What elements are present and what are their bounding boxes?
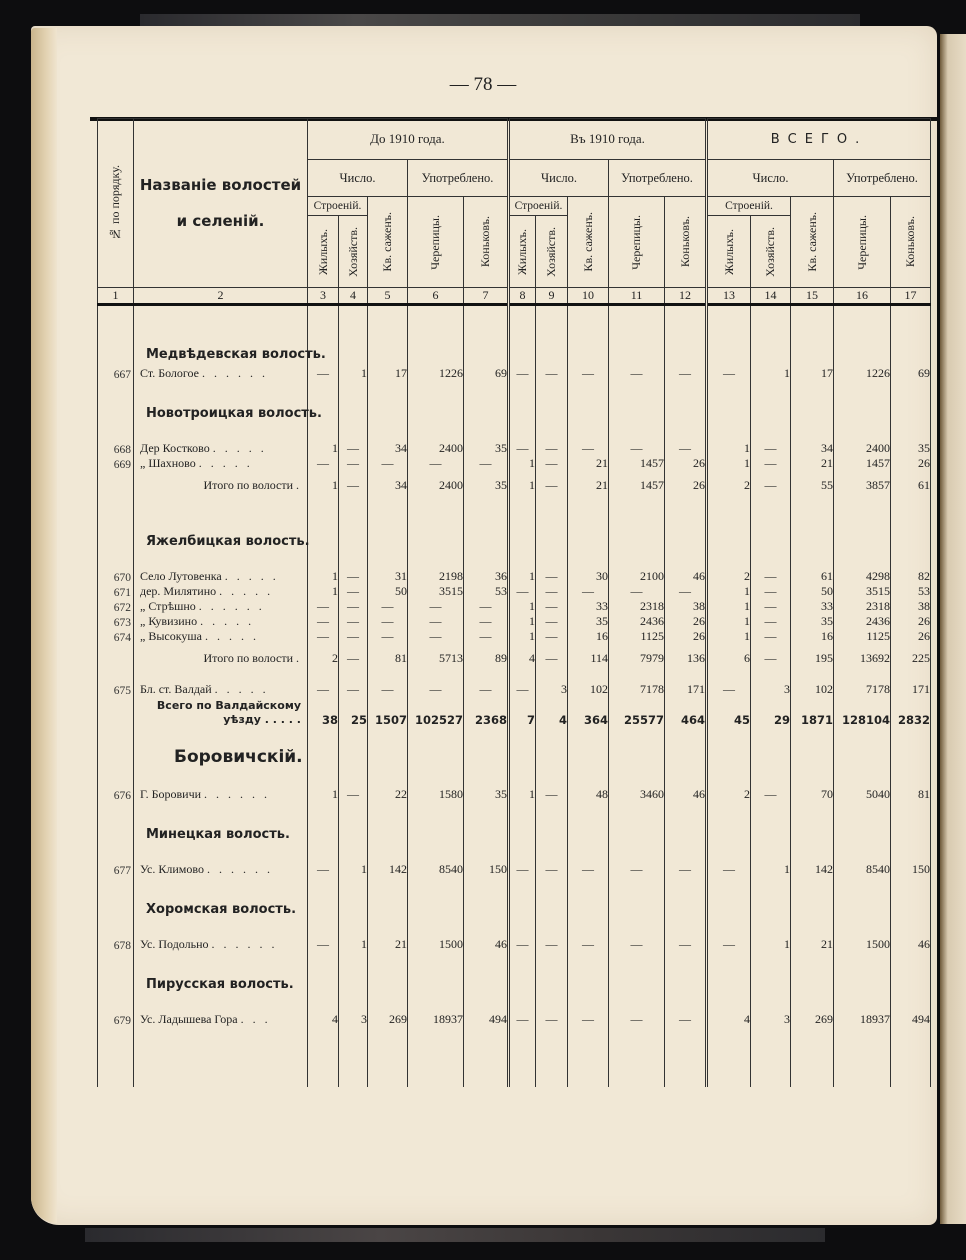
header-group-in-1910: Въ 1910 года. — [509, 119, 707, 160]
row-name: „ Кувизино . . . . . — [134, 614, 308, 629]
empty-cell — [408, 322, 464, 366]
empty-cell — [891, 952, 931, 996]
colnum: 5 — [368, 288, 408, 305]
empty-cell — [509, 493, 536, 509]
value-cell: 1580 — [408, 787, 464, 802]
empty-cell — [536, 921, 568, 937]
table-row: 670Село Лутовенка . . . . .1—312198361—3… — [98, 569, 931, 584]
empty-cell — [509, 802, 536, 846]
spacer-row — [98, 305, 931, 323]
empty-cell — [98, 509, 134, 553]
value-cell: 1 — [308, 787, 339, 802]
value-cell: — — [339, 787, 368, 802]
empty-cell — [308, 666, 339, 682]
value-cell: 53 — [891, 584, 931, 599]
value-cell: 1 — [509, 614, 536, 629]
empty-cell — [751, 381, 791, 425]
value-cell: 2318 — [609, 599, 665, 614]
empty-cell — [665, 322, 707, 366]
empty-cell — [791, 553, 834, 569]
value-cell: 26 — [665, 629, 707, 644]
empty-cell — [134, 996, 308, 1012]
empty-cell — [368, 425, 408, 441]
empty-cell — [568, 802, 609, 846]
empty-cell — [368, 952, 408, 996]
empty-cell — [751, 509, 791, 553]
value-cell: 1 — [308, 441, 339, 456]
section-title: Хоромская волость. — [134, 877, 308, 921]
empty-cell — [568, 509, 609, 553]
subtotal-row: Итого по волости .1—342400351—211457262—… — [98, 471, 931, 493]
spacer-row — [98, 921, 931, 937]
header-zhilykh-label: Жилыхъ. — [722, 229, 737, 275]
value-cell: 1 — [509, 599, 536, 614]
empty-cell — [834, 802, 891, 846]
value-cell: 494 — [891, 1012, 931, 1027]
empty-cell — [98, 425, 134, 441]
empty-cell — [609, 921, 665, 937]
value-cell: 33 — [791, 599, 834, 614]
value-cell: 35 — [464, 441, 509, 456]
value-cell: 2368 — [464, 697, 509, 727]
empty-cell — [791, 996, 834, 1012]
empty-cell — [707, 666, 751, 682]
value-cell: 22 — [368, 787, 408, 802]
empty-cell — [339, 381, 368, 425]
table-row: 676Г. Боровичи . . . . . .1—221580351—48… — [98, 787, 931, 802]
empty-cell — [707, 553, 751, 569]
value-cell: 114 — [568, 644, 609, 666]
value-cell: — — [308, 614, 339, 629]
colnum: 11 — [609, 288, 665, 305]
empty-cell — [509, 553, 536, 569]
row-name-text: Ус. Климово — [140, 862, 204, 876]
empty-cell — [568, 305, 609, 323]
empty-cell — [368, 727, 408, 771]
spacer-row — [98, 771, 931, 787]
colnum: 6 — [408, 288, 464, 305]
value-cell: 102527 — [408, 697, 464, 727]
colnum: 17 — [891, 288, 931, 305]
value-cell: 26 — [891, 629, 931, 644]
empty-cell — [368, 846, 408, 862]
empty-cell — [98, 952, 134, 996]
table-row: 679Ус. Ладышева Гора . . .4326918937494—… — [98, 1012, 931, 1027]
empty-cell — [791, 952, 834, 996]
empty-cell — [834, 877, 891, 921]
value-cell: 46 — [665, 569, 707, 584]
row-name-text: „ Кувизино — [140, 614, 197, 628]
value-cell: 1500 — [834, 937, 891, 952]
table-row: 674„ Высокуша . . . . .—————1—161125261—… — [98, 629, 931, 644]
value-cell: — — [568, 366, 609, 381]
empty-cell — [536, 1027, 568, 1087]
empty-cell — [509, 771, 536, 787]
empty-cell — [98, 771, 134, 787]
spacer-row — [98, 996, 931, 1012]
row-name-text: Г. Боровичи — [140, 787, 201, 801]
value-cell: — — [536, 1012, 568, 1027]
empty-cell — [134, 305, 308, 323]
empty-cell — [891, 727, 931, 771]
row-name: Дер Костково . . . . . — [134, 441, 308, 456]
row-name-text: Ст. Бологое — [140, 366, 199, 380]
value-cell: 142 — [791, 862, 834, 877]
empty-cell — [408, 771, 464, 787]
empty-cell — [568, 381, 609, 425]
row-number: 668 — [98, 441, 134, 456]
value-cell: 269 — [368, 1012, 408, 1027]
empty-cell — [339, 1027, 368, 1087]
row-number: 677 — [98, 862, 134, 877]
empty-cell — [751, 553, 791, 569]
empty-cell — [408, 846, 464, 862]
table-row: 668Дер Костково . . . . .1—34240035—————… — [98, 441, 931, 456]
header-khozyaistv-2: Хозяйств. — [536, 216, 568, 288]
empty-cell — [98, 727, 134, 771]
value-cell: 7178 — [834, 682, 891, 697]
empty-cell — [609, 771, 665, 787]
empty-cell — [791, 877, 834, 921]
value-cell: 2318 — [834, 599, 891, 614]
empty-cell — [408, 493, 464, 509]
value-cell: — — [751, 456, 791, 471]
empty-cell — [464, 802, 509, 846]
empty-cell — [339, 493, 368, 509]
empty-cell — [408, 305, 464, 323]
empty-cell — [98, 305, 134, 323]
value-cell: — — [408, 599, 464, 614]
value-cell: 21 — [568, 456, 609, 471]
value-cell: 4298 — [834, 569, 891, 584]
row-number — [98, 644, 134, 666]
empty-cell — [834, 996, 891, 1012]
row-name: Г. Боровичи . . . . . . — [134, 787, 308, 802]
empty-cell — [834, 322, 891, 366]
row-number — [98, 471, 134, 493]
value-cell: — — [536, 569, 568, 584]
value-cell: — — [368, 629, 408, 644]
value-cell: — — [751, 599, 791, 614]
row-name-text: Ус. Ладышева Гора — [140, 1012, 238, 1026]
header-konkov-label: Коньковъ. — [678, 216, 693, 267]
empty-cell — [751, 921, 791, 937]
empty-cell — [308, 509, 339, 553]
empty-cell — [568, 553, 609, 569]
value-cell: 4 — [707, 1012, 751, 1027]
empty-cell — [834, 509, 891, 553]
value-cell: 1 — [509, 456, 536, 471]
empty-cell — [536, 802, 568, 846]
empty-cell — [665, 553, 707, 569]
header-kv-label: Кв. саженъ. — [581, 212, 596, 272]
row-name: „ Стрѣшно . . . . . . — [134, 599, 308, 614]
empty-cell — [408, 952, 464, 996]
spacer-row — [98, 846, 931, 862]
empty-cell — [536, 877, 568, 921]
row-name: Итого по волости . — [134, 644, 308, 666]
value-cell: 8540 — [408, 862, 464, 877]
empty-cell — [891, 425, 931, 441]
value-cell: 142 — [368, 862, 408, 877]
empty-cell — [339, 771, 368, 787]
adjacent-page-edge — [940, 34, 966, 1224]
section-title: Минецкая волость. — [134, 802, 308, 846]
empty-cell — [98, 553, 134, 569]
empty-cell — [408, 509, 464, 553]
empty-cell — [464, 381, 509, 425]
empty-cell — [308, 996, 339, 1012]
header-stroeniy-1: Строеній. — [308, 197, 368, 216]
empty-cell — [339, 802, 368, 846]
empty-cell — [707, 952, 751, 996]
value-cell: — — [339, 441, 368, 456]
empty-cell — [568, 846, 609, 862]
value-cell: 2832 — [891, 697, 931, 727]
header-cherepitsy-2: Черепицы. — [609, 197, 665, 288]
header-upotrebleno-1: Употреблено. — [408, 160, 509, 197]
value-cell: 464 — [665, 697, 707, 727]
empty-cell — [464, 666, 509, 682]
empty-cell — [609, 305, 665, 323]
value-cell: 1226 — [408, 366, 464, 381]
value-cell: 1 — [509, 569, 536, 584]
empty-cell — [536, 381, 568, 425]
empty-cell — [707, 305, 751, 323]
value-cell: 2 — [707, 471, 751, 493]
value-cell: — — [339, 569, 368, 584]
value-cell: — — [751, 644, 791, 666]
empty-cell — [98, 877, 134, 921]
value-cell: 1871 — [791, 697, 834, 727]
value-cell: 46 — [665, 787, 707, 802]
value-cell: 55 — [791, 471, 834, 493]
row-name-text: Село Лутовенка — [140, 569, 222, 583]
row-name: Всего по Валдайскомууѣзду . . . . . — [134, 697, 308, 727]
value-cell: 1 — [707, 456, 751, 471]
value-cell: 26 — [665, 456, 707, 471]
subtotal-row: Итого по волости .2—815713894—1147979136… — [98, 644, 931, 666]
empty-cell — [891, 493, 931, 509]
value-cell: — — [308, 629, 339, 644]
value-cell: 1507 — [368, 697, 408, 727]
empty-cell — [891, 921, 931, 937]
table-row: 675Бл. ст. Валдай . . . . .——————3102717… — [98, 682, 931, 697]
row-name: Бл. ст. Валдай . . . . . — [134, 682, 308, 697]
value-cell: — — [368, 599, 408, 614]
header-kv-label: Кв. саженъ. — [805, 212, 820, 272]
value-cell: 1457 — [834, 456, 891, 471]
empty-cell — [308, 553, 339, 569]
empty-cell — [308, 877, 339, 921]
empty-cell — [509, 846, 536, 862]
empty-cell — [568, 727, 609, 771]
value-cell: — — [509, 937, 536, 952]
value-cell: 34 — [368, 471, 408, 493]
value-cell: 3 — [751, 1012, 791, 1027]
value-cell: 26 — [891, 614, 931, 629]
header-name-line2: и селеній. — [134, 203, 307, 239]
value-cell: 150 — [891, 862, 931, 877]
grand-total-label-line1: Всего по Валдайскому — [140, 699, 301, 713]
leader-dots: . . . . . . — [202, 366, 268, 380]
value-cell: 61 — [791, 569, 834, 584]
empty-cell — [536, 771, 568, 787]
value-cell: 1125 — [834, 629, 891, 644]
row-name: Ус. Климово . . . . . . — [134, 862, 308, 877]
value-cell: — — [509, 441, 536, 456]
header-kv-2: Кв. саженъ. — [568, 197, 609, 288]
value-cell: 3 — [751, 682, 791, 697]
empty-cell — [665, 727, 707, 771]
value-cell: 1 — [707, 584, 751, 599]
row-name: Село Лутовенка . . . . . — [134, 569, 308, 584]
value-cell: 31 — [368, 569, 408, 584]
empty-cell — [339, 877, 368, 921]
empty-cell — [464, 996, 509, 1012]
page-number: — 78 — — [0, 74, 966, 96]
table-row: 669„ Шахново . . . . .—————1—211457261—2… — [98, 456, 931, 471]
value-cell: 5040 — [834, 787, 891, 802]
value-cell: 16 — [791, 629, 834, 644]
empty-cell — [134, 846, 308, 862]
empty-cell — [834, 666, 891, 682]
colnum: 12 — [665, 288, 707, 305]
section-heading-row: Новотроицкая волость. — [98, 381, 931, 425]
value-cell: 21 — [791, 456, 834, 471]
empty-cell — [509, 996, 536, 1012]
value-cell: 35 — [891, 441, 931, 456]
value-cell: 18937 — [408, 1012, 464, 1027]
empty-cell — [368, 553, 408, 569]
colnum: 4 — [339, 288, 368, 305]
value-cell: 4 — [509, 644, 536, 666]
empty-cell — [408, 996, 464, 1012]
value-cell: 26 — [665, 471, 707, 493]
empty-cell — [308, 305, 339, 323]
value-cell: — — [308, 366, 339, 381]
value-cell: — — [509, 366, 536, 381]
empty-cell — [98, 381, 134, 425]
row-number: 679 — [98, 1012, 134, 1027]
empty-cell — [308, 921, 339, 937]
value-cell: — — [665, 862, 707, 877]
value-cell: — — [568, 584, 609, 599]
value-cell: — — [568, 937, 609, 952]
value-cell: 2100 — [609, 569, 665, 584]
empty-cell — [408, 425, 464, 441]
empty-cell — [464, 425, 509, 441]
row-number: 674 — [98, 629, 134, 644]
leader-dots: . . . . . — [213, 441, 267, 455]
row-number: 667 — [98, 366, 134, 381]
leader-dots: . . . . . — [225, 569, 279, 583]
empty-cell — [609, 802, 665, 846]
empty-cell — [609, 1027, 665, 1087]
value-cell: — — [308, 682, 339, 697]
empty-cell — [308, 846, 339, 862]
value-cell: — — [339, 629, 368, 644]
empty-cell — [339, 322, 368, 366]
row-name-text: Итого по волости . — [203, 478, 299, 492]
empty-cell — [751, 846, 791, 862]
empty-cell — [308, 727, 339, 771]
value-cell: 2198 — [408, 569, 464, 584]
row-name-text: „ Стрѣшно — [140, 599, 196, 613]
value-cell: — — [536, 644, 568, 666]
empty-cell — [339, 952, 368, 996]
value-cell: 136 — [665, 644, 707, 666]
value-cell: — — [751, 629, 791, 644]
empty-cell — [891, 771, 931, 787]
value-cell: 81 — [368, 644, 408, 666]
header-khozyaistv-label: Хозяйств. — [544, 227, 559, 277]
header-name-line1: Названіе волостей — [134, 167, 307, 203]
value-cell: 269 — [791, 1012, 834, 1027]
empty-cell — [568, 877, 609, 921]
header-kv-1: Кв. саженъ. — [368, 197, 408, 288]
value-cell: — — [751, 471, 791, 493]
value-cell: 53 — [464, 584, 509, 599]
empty-cell — [368, 666, 408, 682]
value-cell: 3515 — [408, 584, 464, 599]
value-cell: 48 — [568, 787, 609, 802]
empty-cell — [707, 425, 751, 441]
row-number: 676 — [98, 787, 134, 802]
empty-cell — [339, 553, 368, 569]
value-cell: — — [536, 471, 568, 493]
row-number: 670 — [98, 569, 134, 584]
empty-cell — [834, 493, 891, 509]
empty-cell — [408, 877, 464, 921]
grand-total-label-line2: уѣзду . . . . . — [140, 713, 301, 727]
value-cell: — — [408, 456, 464, 471]
value-cell: 1 — [339, 366, 368, 381]
empty-cell — [339, 846, 368, 862]
empty-cell — [609, 666, 665, 682]
table-row: 671дер. Милятино . . . . .1—50351553————… — [98, 584, 931, 599]
row-name-text: Дер Костково — [140, 441, 210, 455]
colnum: 3 — [308, 288, 339, 305]
value-cell: 2 — [707, 569, 751, 584]
empty-cell — [134, 771, 308, 787]
empty-cell — [98, 996, 134, 1012]
empty-cell — [536, 952, 568, 996]
empty-cell — [509, 322, 536, 366]
empty-cell — [339, 305, 368, 323]
empty-cell — [368, 771, 408, 787]
empty-cell — [891, 305, 931, 323]
leader-dots: . . . . . — [199, 456, 253, 470]
empty-cell — [464, 921, 509, 937]
value-cell: 1 — [509, 629, 536, 644]
empty-cell — [464, 509, 509, 553]
empty-cell — [368, 509, 408, 553]
empty-cell — [98, 921, 134, 937]
empty-cell — [791, 381, 834, 425]
empty-cell — [509, 305, 536, 323]
empty-cell — [509, 727, 536, 771]
value-cell: — — [609, 937, 665, 952]
header-cherepitsy-label: Черепицы. — [428, 215, 443, 270]
empty-cell — [751, 802, 791, 846]
empty-cell — [464, 846, 509, 862]
value-cell: 5713 — [408, 644, 464, 666]
value-cell: — — [536, 584, 568, 599]
table-row: 672„ Стрѣшно . . . . . .—————1—332318381… — [98, 599, 931, 614]
row-name-text: „ Шахново — [140, 456, 196, 470]
empty-cell — [536, 846, 568, 862]
